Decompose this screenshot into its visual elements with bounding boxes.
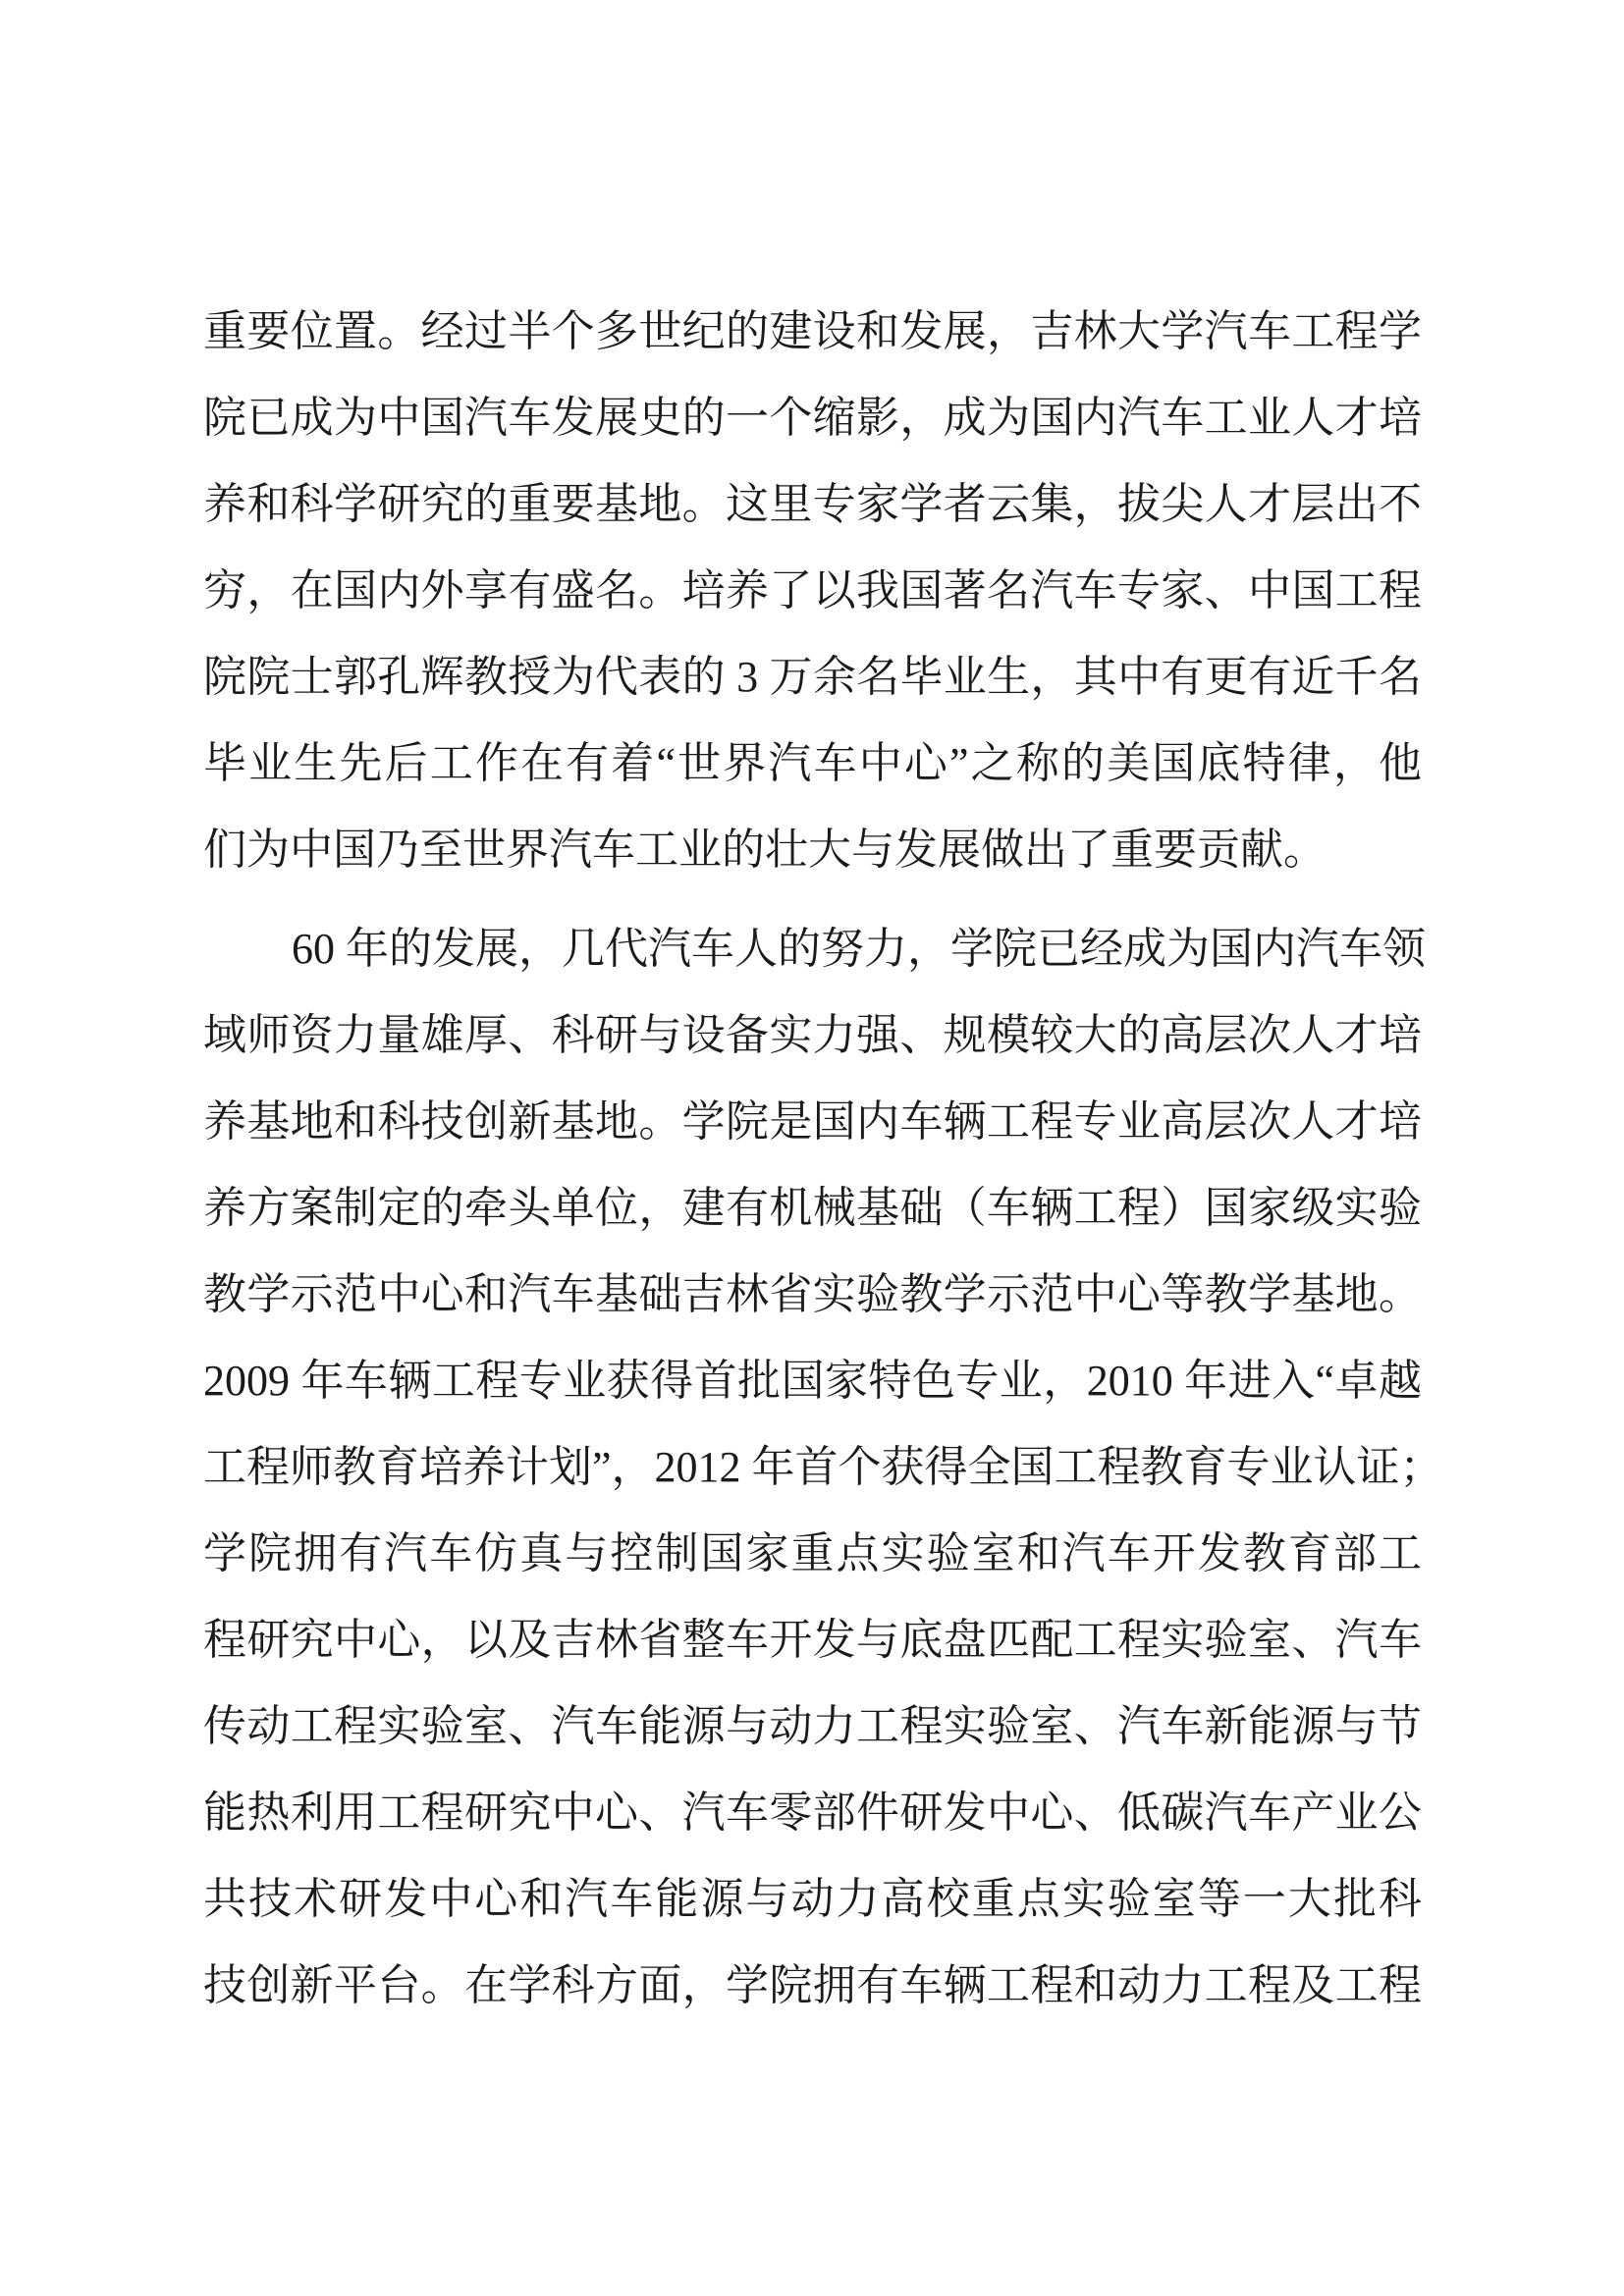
text-line: 们为中国乃至世界汽车工业的壮大与发展做出了重要贡献。 [203, 807, 1422, 893]
text-line: 传动工程实验室、汽车能源与动力工程实验室、汽车新能源与节 [203, 1683, 1422, 1770]
body-text: 重要位置。经过半个多世纪的建设和发展，吉林大学汽车工程学 院已成为中国汽车发展史… [203, 289, 1422, 2029]
paragraph-1: 重要位置。经过半个多世纪的建设和发展，吉林大学汽车工程学 院已成为中国汽车发展史… [203, 289, 1422, 893]
text-line: 工程师教育培养计划”，2012 年首个获得全国工程教育专业认证； [203, 1424, 1422, 1511]
text-line: 毕业生先后工作在有着“世界汽车中心”之称的美国底特律，他 [203, 721, 1422, 807]
text-line: 养基地和科技创新基地。学院是国内车辆工程专业高层次人才培 [203, 1079, 1422, 1165]
text-line: 教学示范中心和汽车基础吉林省实验教学示范中心等教学基地。 [203, 1252, 1422, 1338]
paragraph-2: 60 年的发展，几代汽车人的努力，学院已经成为国内汽车领 域师资力量雄厚、科研与… [203, 906, 1422, 2029]
text-line: 重要位置。经过半个多世纪的建设和发展，吉林大学汽车工程学 [203, 289, 1422, 375]
text-line: 院已成为中国汽车发展史的一个缩影，成为国内汽车工业人才培 [203, 375, 1422, 461]
text-line: 养方案制定的牵头单位，建有机械基础（车辆工程）国家级实验 [203, 1165, 1422, 1252]
text-line: 院院士郭孔辉教授为代表的 3 万余名毕业生，其中有更有近千名 [203, 634, 1422, 721]
text-line: 技创新平台。在学科方面，学院拥有车辆工程和动力工程及工程 [203, 1943, 1422, 2029]
text-line: 共技术研发中心和汽车能源与动力高校重点实验室等一大批科 [203, 1856, 1422, 1943]
text-line: 学院拥有汽车仿真与控制国家重点实验室和汽车开发教育部工 [203, 1511, 1422, 1597]
text-line: 60 年的发展，几代汽车人的努力，学院已经成为国内汽车领 [203, 906, 1422, 992]
text-line: 域师资力量雄厚、科研与设备实力强、规模较大的高层次人才培 [203, 992, 1422, 1079]
document-page: 重要位置。经过半个多世纪的建设和发展，吉林大学汽车工程学 院已成为中国汽车发展史… [0, 0, 1624, 2296]
text-line: 程研究中心，以及吉林省整车开发与底盘匹配工程实验室、汽车 [203, 1597, 1422, 1683]
text-line: 养和科学研究的重要基地。这里专家学者云集，拔尖人才层出不 [203, 461, 1422, 548]
text-line: 2009 年车辆工程专业获得首批国家特色专业，2010 年进入“卓越 [203, 1338, 1422, 1424]
text-line: 能热利用工程研究中心、汽车零部件研发中心、低碳汽车产业公 [203, 1770, 1422, 1856]
text-line: 穷，在国内外享有盛名。培养了以我国著名汽车专家、中国工程 [203, 548, 1422, 634]
